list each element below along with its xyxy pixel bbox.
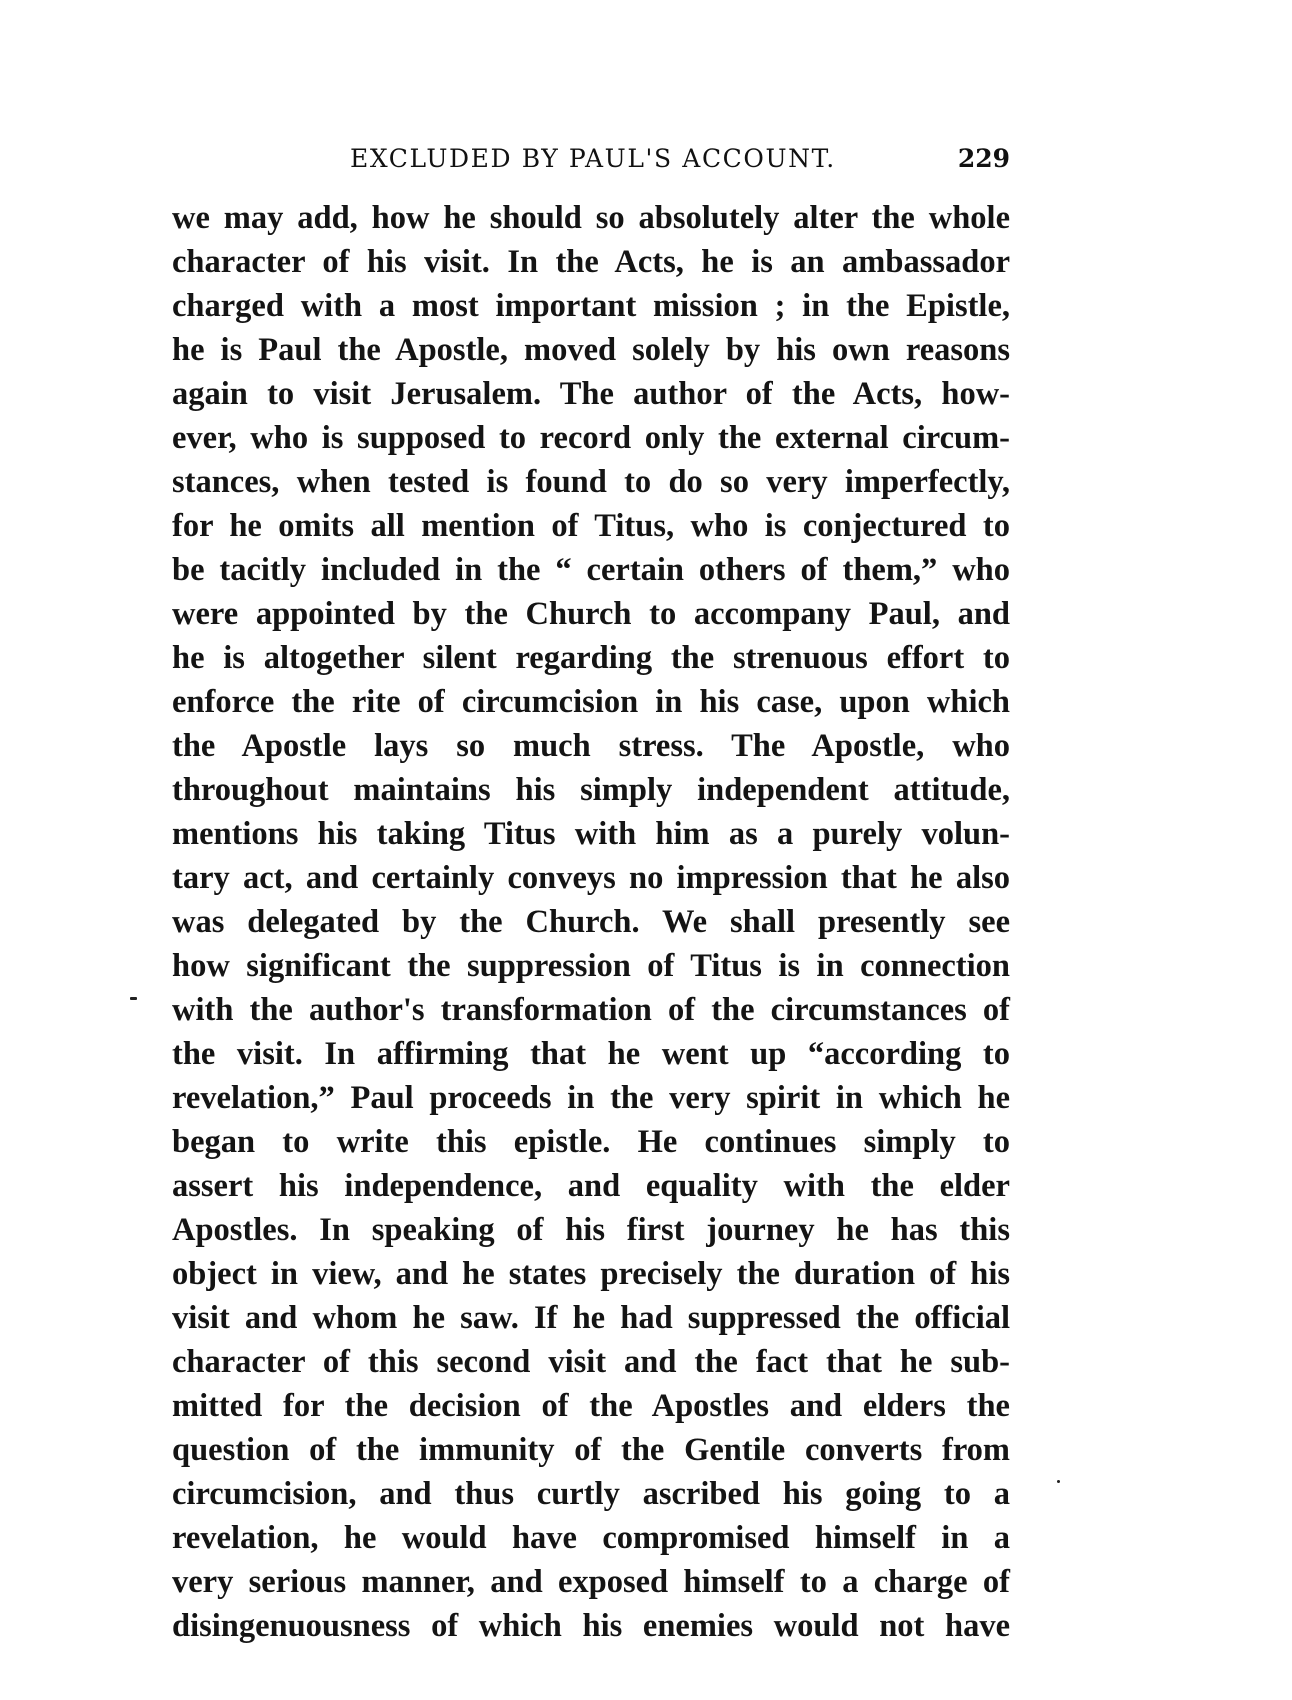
text-line: tary act, and certainly conveys no impre… xyxy=(172,856,1010,900)
text-line: very serious manner, and exposed himself… xyxy=(172,1560,1010,1604)
running-head: EXCLUDED BY PAUL'S ACCOUNT. 229 xyxy=(172,140,1010,180)
text-line: with the author's transformation of the … xyxy=(172,988,1010,1032)
text-line: charged with a most important mission ; … xyxy=(172,284,1010,328)
text-line: the Apostle lays so much stress. The Apo… xyxy=(172,724,1010,768)
text-line: circumcision, and thus curtly ascribed h… xyxy=(172,1472,1010,1516)
text-line: character of his visit. In the Acts, he … xyxy=(172,240,1010,284)
text-line: were appointed by the Church to accompan… xyxy=(172,592,1010,636)
text-line: mitted for the decision of the Apostles … xyxy=(172,1384,1010,1428)
text-line: he is Paul the Apostle, moved solely by … xyxy=(172,328,1010,372)
text-line: visit and whom he saw. If he had suppres… xyxy=(172,1296,1010,1340)
text-line: ever, who is supposed to record only the… xyxy=(172,416,1010,460)
text-line: disingenuousness of which his enemies wo… xyxy=(172,1604,1010,1648)
text-line: how significant the suppression of Titus… xyxy=(172,944,1010,988)
text-line: enforce the rite of circumcision in his … xyxy=(172,680,1010,724)
body-text: we may add, how he should so absolutely … xyxy=(172,196,1010,1648)
text-line: revelation, he would have compromised hi… xyxy=(172,1516,1010,1560)
scan-artifact-dash xyxy=(130,997,137,1000)
text-line: question of the immunity of the Gentile … xyxy=(172,1428,1010,1472)
text-line: again to visit Jerusalem. The author of … xyxy=(172,372,1010,416)
text-line: mentions his taking Titus with him as a … xyxy=(172,812,1010,856)
text-line: he is altogether silent regarding the st… xyxy=(172,636,1010,680)
text-line: assert his independence, and equality wi… xyxy=(172,1164,1010,1208)
text-line: began to write this epistle. He continue… xyxy=(172,1120,1010,1164)
text-line: object in view, and he states precisely … xyxy=(172,1252,1010,1296)
text-line: stances, when tested is found to do so v… xyxy=(172,460,1010,504)
page-number: 229 xyxy=(958,144,1010,173)
text-line: revelation,” Paul proceeds in the very s… xyxy=(172,1076,1010,1120)
text-line: throughout maintains his simply independ… xyxy=(172,768,1010,812)
text-line: be tacitly included in the “ certain oth… xyxy=(172,548,1010,592)
running-head-title: EXCLUDED BY PAUL'S ACCOUNT. xyxy=(350,144,836,173)
text-line: the visit. In affirming that he went up … xyxy=(172,1032,1010,1076)
text-line: was delegated by the Church. We shall pr… xyxy=(172,900,1010,944)
text-line: we may add, how he should so absolutely … xyxy=(172,196,1010,240)
text-line: character of this second visit and the f… xyxy=(172,1340,1010,1384)
scan-artifact-dot xyxy=(1057,1480,1060,1483)
text-line: for he omits all mention of Titus, who i… xyxy=(172,504,1010,548)
book-page: EXCLUDED BY PAUL'S ACCOUNT. 229 we may a… xyxy=(0,0,1292,1700)
text-line: Apostles. In speaking of his first journ… xyxy=(172,1208,1010,1252)
